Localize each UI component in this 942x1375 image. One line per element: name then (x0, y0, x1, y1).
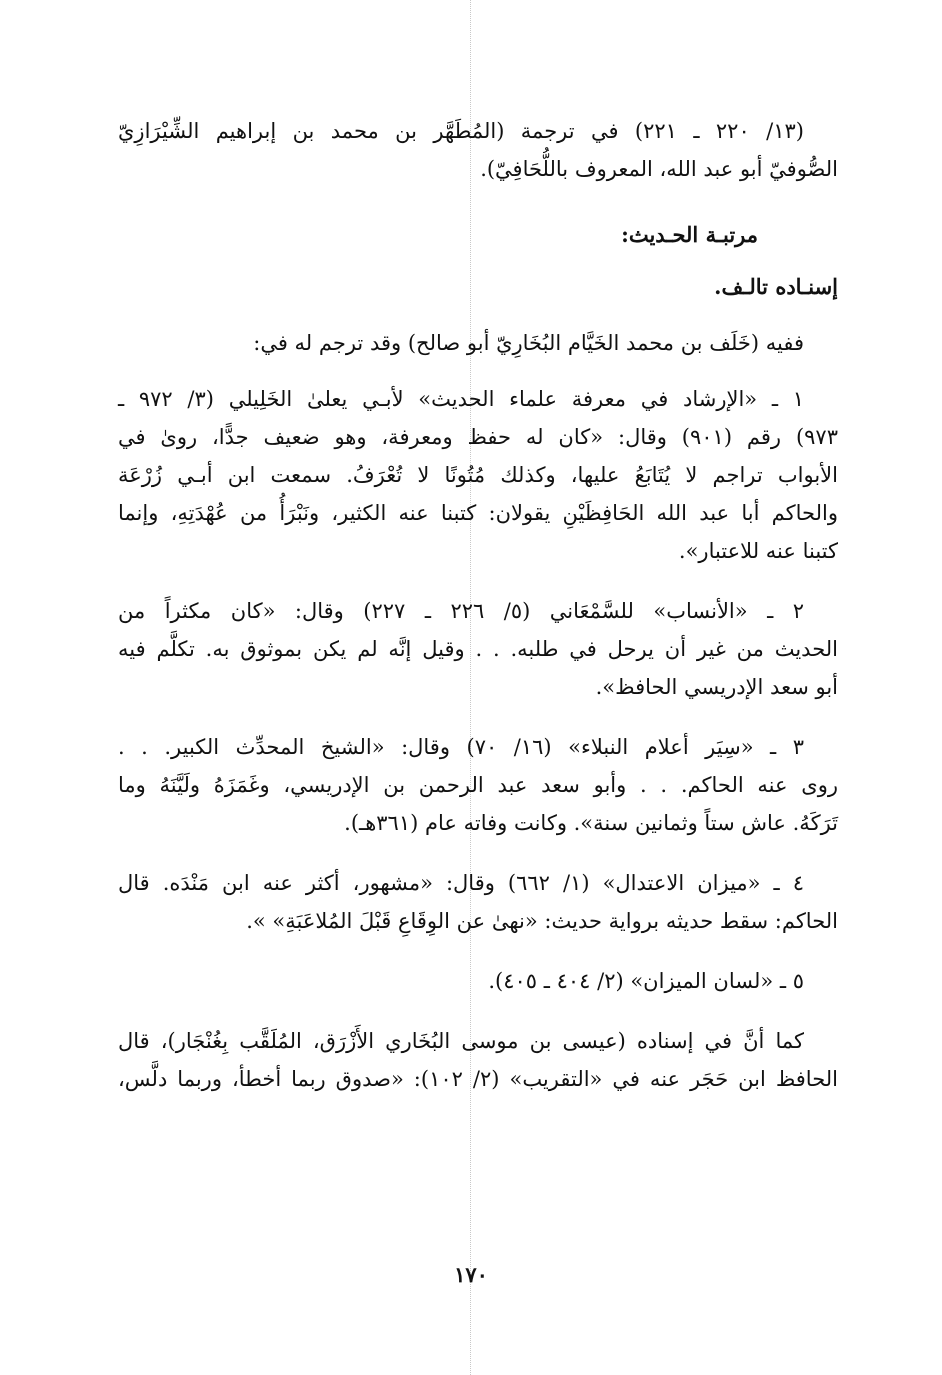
source-line: تَرَكَهُ. عاش ستاً وثمانين سنة». وكانت و… (118, 804, 838, 842)
source-line: ٤ ـ «ميزان الاعتدال» (١/ ٦٦٢) وقال: «مشه… (118, 864, 838, 902)
section-heading: مرتبـة الحـديث: (118, 216, 838, 254)
source-item-2: ٢ ـ «الأنساب» للسَّمْعَاني (٥/ ٢٢٦ ـ ٢٢٧… (118, 592, 838, 706)
closing-line: كما أنَّ في إسناده (عيسى بن موسى البُخَا… (118, 1022, 838, 1060)
source-line: الحديث من غير أن يرحل في طلبه. . . وقيل … (118, 630, 838, 668)
lead-paragraph: ففيه (خَلَف بن محمد الخَيَّام البُخَارِي… (118, 324, 838, 362)
source-item-5: ٥ ـ «لسان الميزان» (٢/ ٤٠٤ ـ ٤٠٥). (118, 962, 838, 1000)
source-line: ٩٧٣) رقم (٩٠١) وقال: «كان له حفظ ومعرفة،… (118, 418, 838, 456)
source-item-1: ١ ـ «الإرشاد في معرفة علماء الحديث» لأبـ… (118, 380, 838, 570)
source-item-4: ٤ ـ «ميزان الاعتدال» (١/ ٦٦٢) وقال: «مشه… (118, 864, 838, 940)
lead-line: ففيه (خَلَف بن محمد الخَيَّام البُخَارِي… (118, 324, 804, 362)
intro-line: الصُّوفيّ أبو عبد الله، المعروف باللُّحَ… (118, 150, 838, 188)
closing-line: الحافظ ابن حَجَر عنه في «التقريب» (٢/ ١٠… (118, 1060, 838, 1098)
source-line: أبو سعد الإدريسي الحافظ». (118, 668, 838, 706)
intro-paragraph: (١٣/ ٢٢٠ ـ ٢٢١) في ترجمة (المُطَهَّر بن … (118, 112, 838, 188)
source-line: ٣ ـ «سِيَر أعلام النبلاء» (١٦/ ٧٠) وقال:… (118, 728, 838, 766)
book-page: (١٣/ ٢٢٠ ـ ٢٢١) في ترجمة (المُطَهَّر بن … (118, 112, 838, 1098)
page-number: ١٧٠ (0, 1262, 942, 1287)
closing-paragraph: كما أنَّ في إسناده (عيسى بن موسى البُخَا… (118, 1022, 838, 1098)
source-line: الحاكم: سقط حديثه برواية حديث: «نهىٰ عن … (118, 902, 838, 940)
source-line: ٥ ـ «لسان الميزان» (٢/ ٤٠٤ ـ ٤٠٥). (118, 962, 838, 1000)
source-line: ٢ ـ «الأنساب» للسَّمْعَاني (٥/ ٢٢٦ ـ ٢٢٧… (118, 592, 838, 630)
source-line: ١ ـ «الإرشاد في معرفة علماء الحديث» لأبـ… (118, 380, 838, 418)
source-line: كتبنا عنه للاعتبار». (118, 532, 838, 570)
source-item-3: ٣ ـ «سِيَر أعلام النبلاء» (١٦/ ٧٠) وقال:… (118, 728, 838, 842)
source-line: والحاكم أبا عبد الله الحَافِظَيْنِ يقولا… (118, 494, 838, 532)
intro-line: (١٣/ ٢٢٠ ـ ٢٢١) في ترجمة (المُطَهَّر بن … (118, 112, 804, 150)
source-line: روى عنه الحاكم. . . وأبو سعد عبد الرحمن … (118, 766, 838, 804)
source-line: الأبواب تراجم لا يُتَابَعُ عليها، وكذلك … (118, 456, 838, 494)
verdict-text: إسنـاده تالـف. (118, 268, 838, 306)
